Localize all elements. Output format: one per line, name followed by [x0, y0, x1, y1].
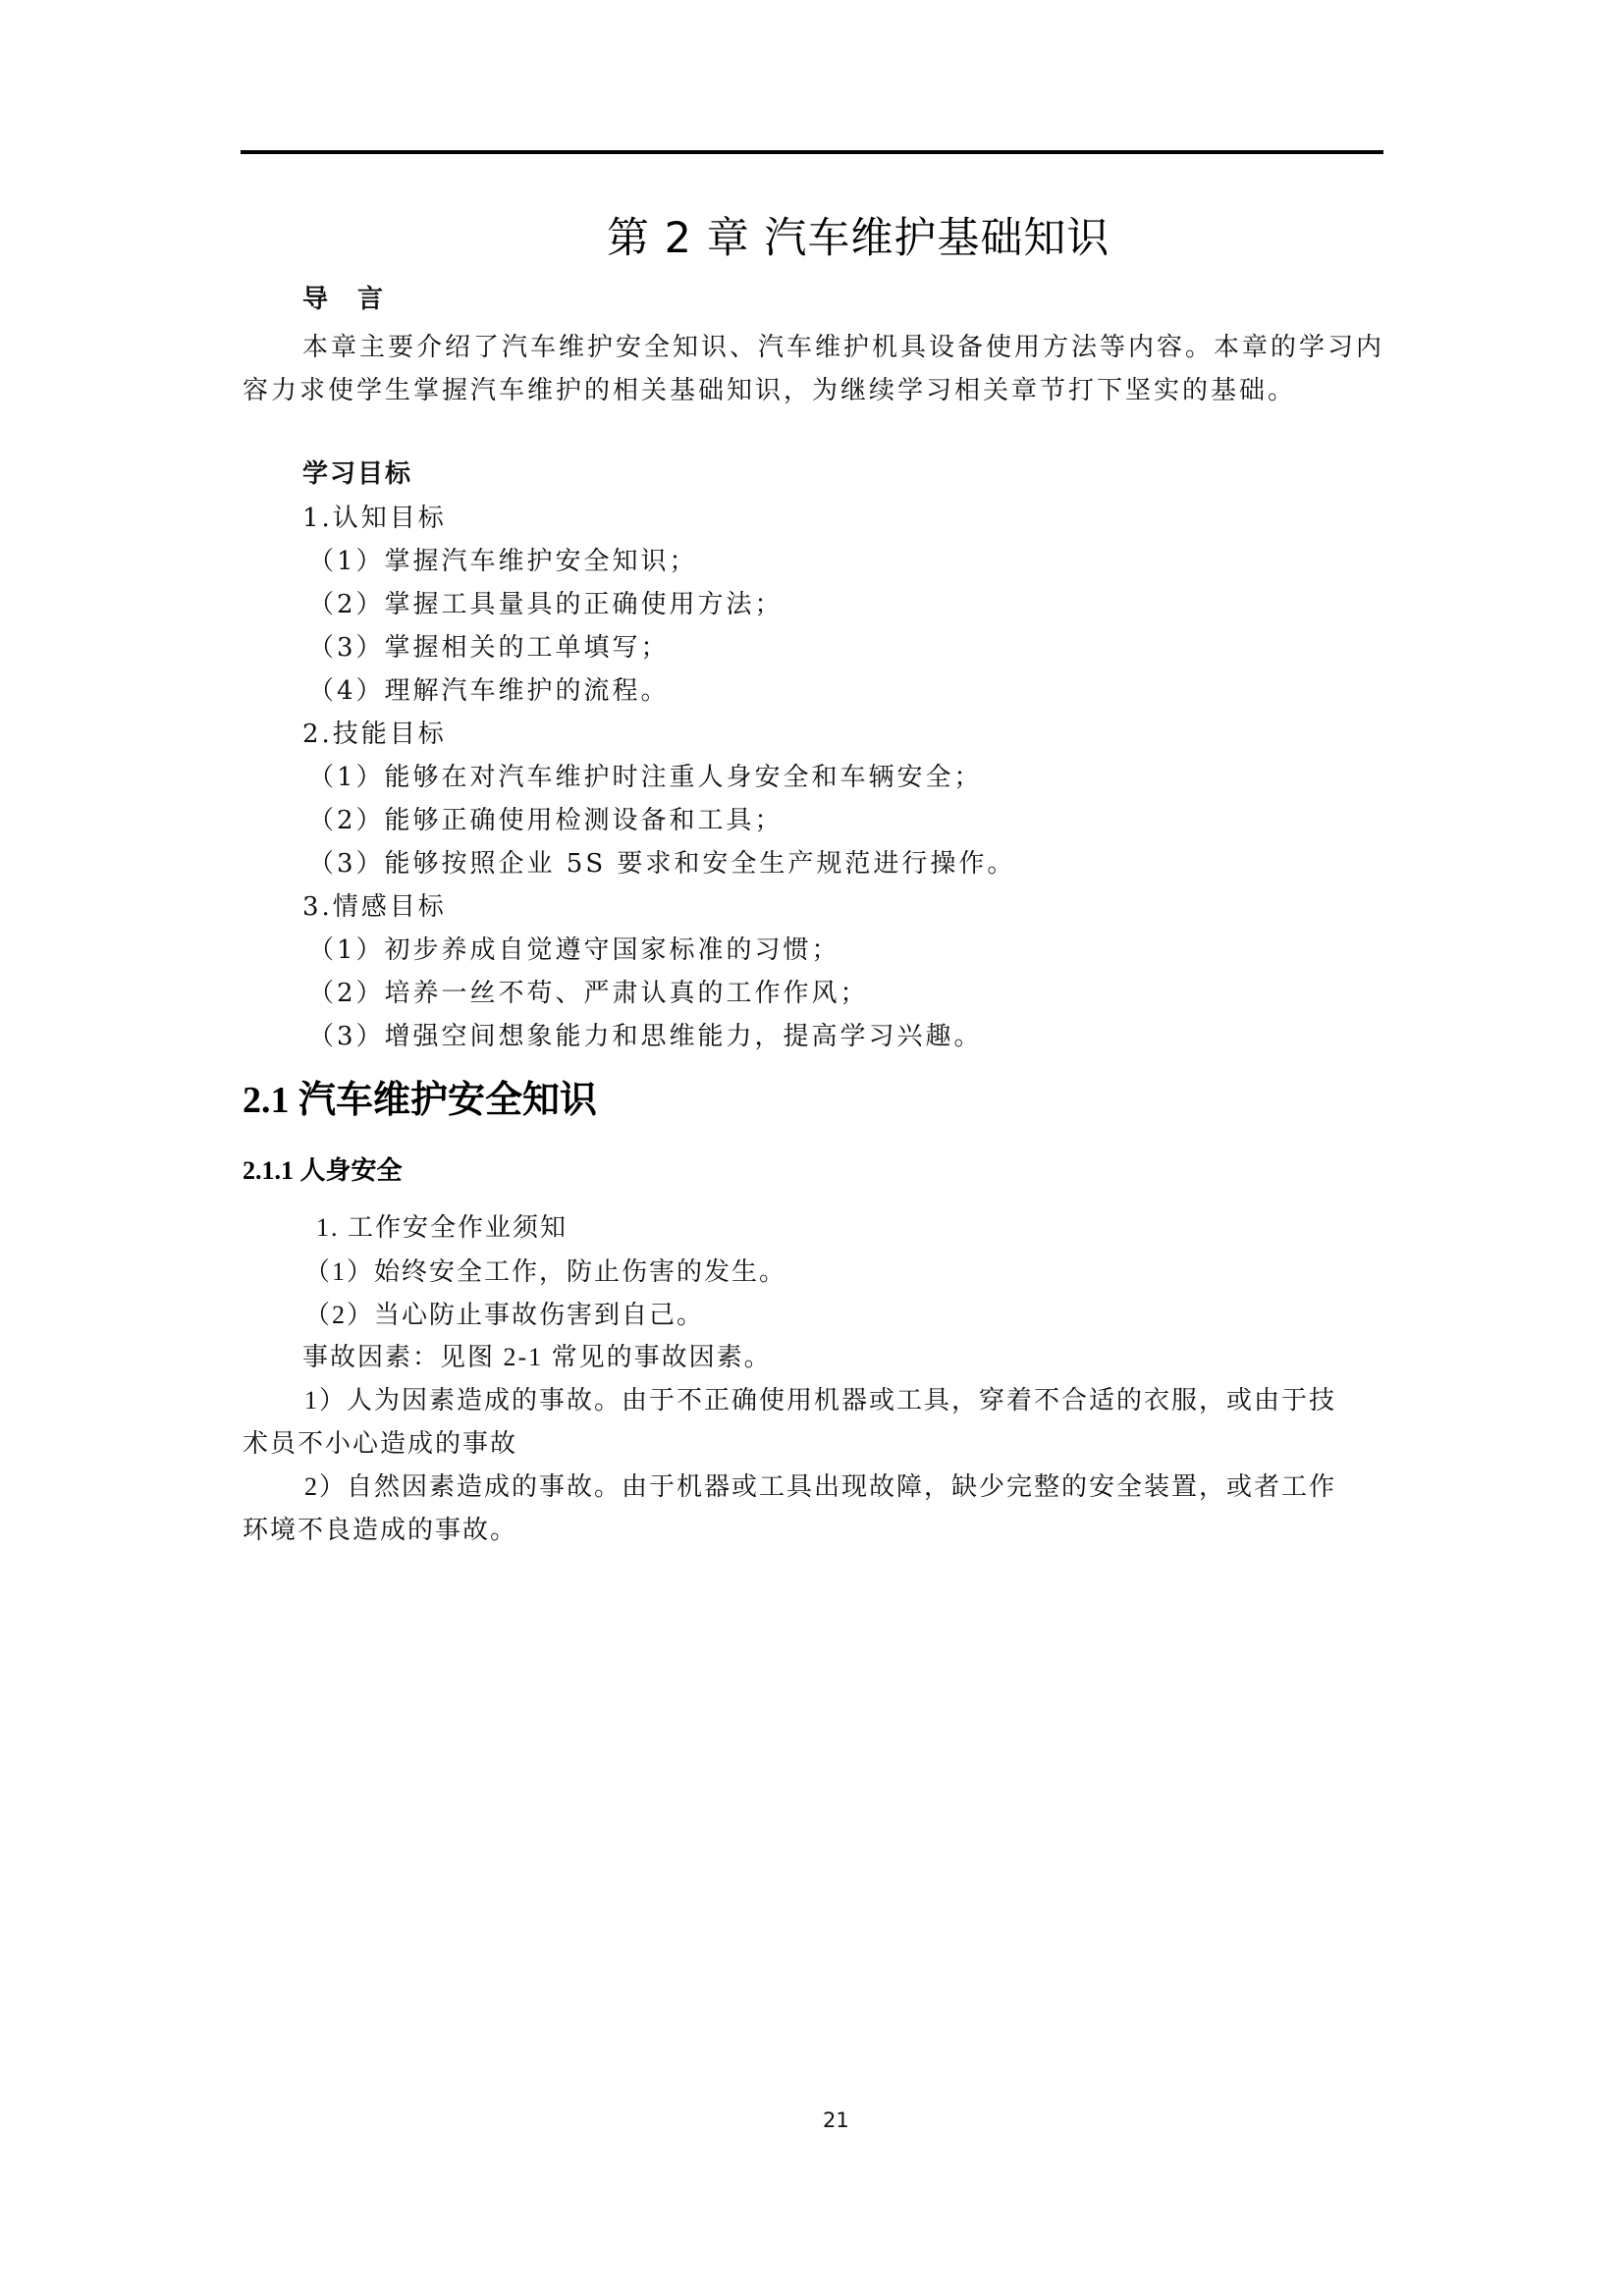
- objective-item: （1）能够在对汽车维护时注重人身安全和车辆安全；: [308, 763, 983, 792]
- objective-item: （4）理解汽车维护的流程。: [308, 676, 670, 706]
- objective-item: （2）能够正确使用检测设备和工具；: [308, 806, 784, 835]
- document-page: 第 2 章 汽车维护基础知识 导 言 本章主要介绍了汽车维护安全知识、汽车维护机…: [0, 0, 1624, 2296]
- objective-item: （2）掌握工具量具的正确使用方法；: [308, 590, 784, 619]
- chapter-title: 第 2 章 汽车维护基础知识: [607, 212, 1110, 265]
- factor-1-line-1: 1）人为因素造成的事故。由于不正确使用机器或工具，穿着不合适的衣服，或由于技: [304, 1386, 1336, 1415]
- objective-group-label-3: 3.情感目标: [302, 892, 447, 922]
- factor-1-line-2: 术员不小心造成的事故: [243, 1429, 517, 1459]
- subsection-heading: 2.1.1 人身安全: [243, 1156, 403, 1186]
- factors-intro: 事故因素：见图 2-1 常见的事故因素。: [302, 1343, 772, 1372]
- intro-line-1: 本章主要介绍了汽车维护安全知识、汽车维护机具设备使用方法等内容。本章的学习内: [302, 333, 1384, 362]
- objective-item: （3）掌握相关的工单填写；: [308, 633, 670, 663]
- safety-item: （2）当心防止事故伤害到自己。: [304, 1301, 704, 1330]
- intro-heading: 导 言: [302, 285, 385, 314]
- objectives-heading: 学习目标: [302, 459, 412, 489]
- objective-item: （2）培养一丝不苟、严肃认真的工作作风；: [308, 979, 869, 1008]
- item-title: 1. 工作安全作业须知: [316, 1213, 568, 1243]
- intro-line-2: 容力求使学生掌握汽车维护的相关基础知识，为继续学习相关章节打下坚实的基础。: [243, 376, 1296, 405]
- header-rule: [241, 150, 1383, 154]
- objective-group-label-1: 1.认知目标: [302, 504, 447, 533]
- objective-item: （1）掌握汽车维护安全知识；: [308, 547, 698, 576]
- objective-group-label-2: 2.技能目标: [302, 720, 447, 749]
- objective-item: （3）能够按照企业 5S 要求和安全生产规范进行操作。: [308, 849, 1015, 879]
- objective-item: （1）初步养成自觉遵守国家标准的习惯；: [308, 935, 840, 965]
- factor-2-line-2: 环境不良造成的事故。: [243, 1516, 517, 1545]
- safety-item: （1）始终安全工作，防止伤害的发生。: [304, 1257, 786, 1287]
- section-heading: 2.1 汽车维护安全知识: [243, 1078, 597, 1123]
- factor-2-line-1: 2）自然因素造成的事故。由于机器或工具出现故障，缺少完整的安全装置，或者工作: [304, 1472, 1336, 1502]
- objective-item: （3）增强空间想象能力和思维能力，提高学习兴趣。: [308, 1022, 983, 1051]
- page-number: 21: [823, 2109, 849, 2132]
